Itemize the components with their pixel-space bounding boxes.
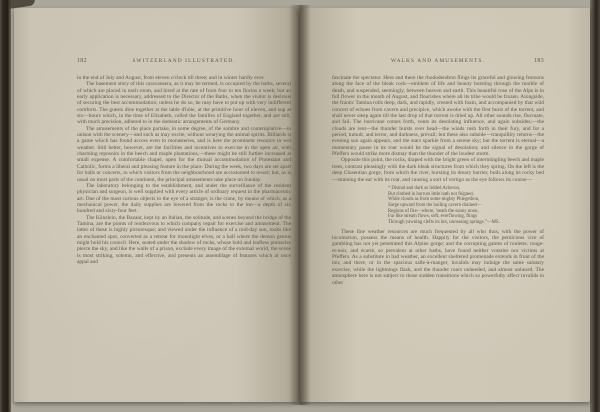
right-page-number: 183 [534,58,544,64]
right-running-head: WALKS AND AMUSEMENTS. [332,58,544,64]
body-paragraph: The amusements of the place partake, in … [77,126,291,183]
book-board-right-edge [590,0,600,412]
body-paragraph: The basement story of this caravansera, … [77,81,291,125]
book-scan: 182 SWITZERLAND ILLUSTRATED. in the end … [0,0,600,412]
left-running-head: SWITZERLAND ILLUSTRATED. [77,58,291,64]
right-page: WALKS AND AMUSEMENTS. 183 fascinate the … [300,8,590,402]
book-board-left-edge [0,0,11,412]
left-page-text-column: 182 SWITZERLAND ILLUSTRATED. in the end … [77,58,291,265]
left-running-head-row: 182 SWITZERLAND ILLUSTRATED. [77,58,291,66]
body-paragraph: The Künzlein, the Bazaar, kept by an Ita… [77,215,291,266]
page-gutter-shadow [289,5,311,405]
left-page: 182 SWITZERLAND ILLUSTRATED. in the end … [14,8,298,402]
right-running-head-row: WALKS AND AMUSEMENTS. 183 [332,58,544,66]
body-paragraph: Opposite this point, the rocks, draped w… [332,157,544,182]
body-paragraph: The laboratory belonging to the establis… [77,183,291,215]
left-page-body: in the end of July and August, from elev… [77,75,291,265]
verse-block: “ Dismal and dark as lidded Acheron, But… [388,186,544,226]
body-paragraph: These fine weather resources are much fr… [332,229,544,286]
verse-line: Through yawning clefts its hot, unceasin… [388,220,544,226]
right-page-body: fascinate the spectator. Here and there … [332,75,544,286]
left-page-number: 182 [77,58,87,64]
body-paragraph: fascinate the spectator. Here and there … [332,75,544,157]
right-page-text-column: WALKS AND AMUSEMENTS. 183 fascinate the … [332,58,544,286]
